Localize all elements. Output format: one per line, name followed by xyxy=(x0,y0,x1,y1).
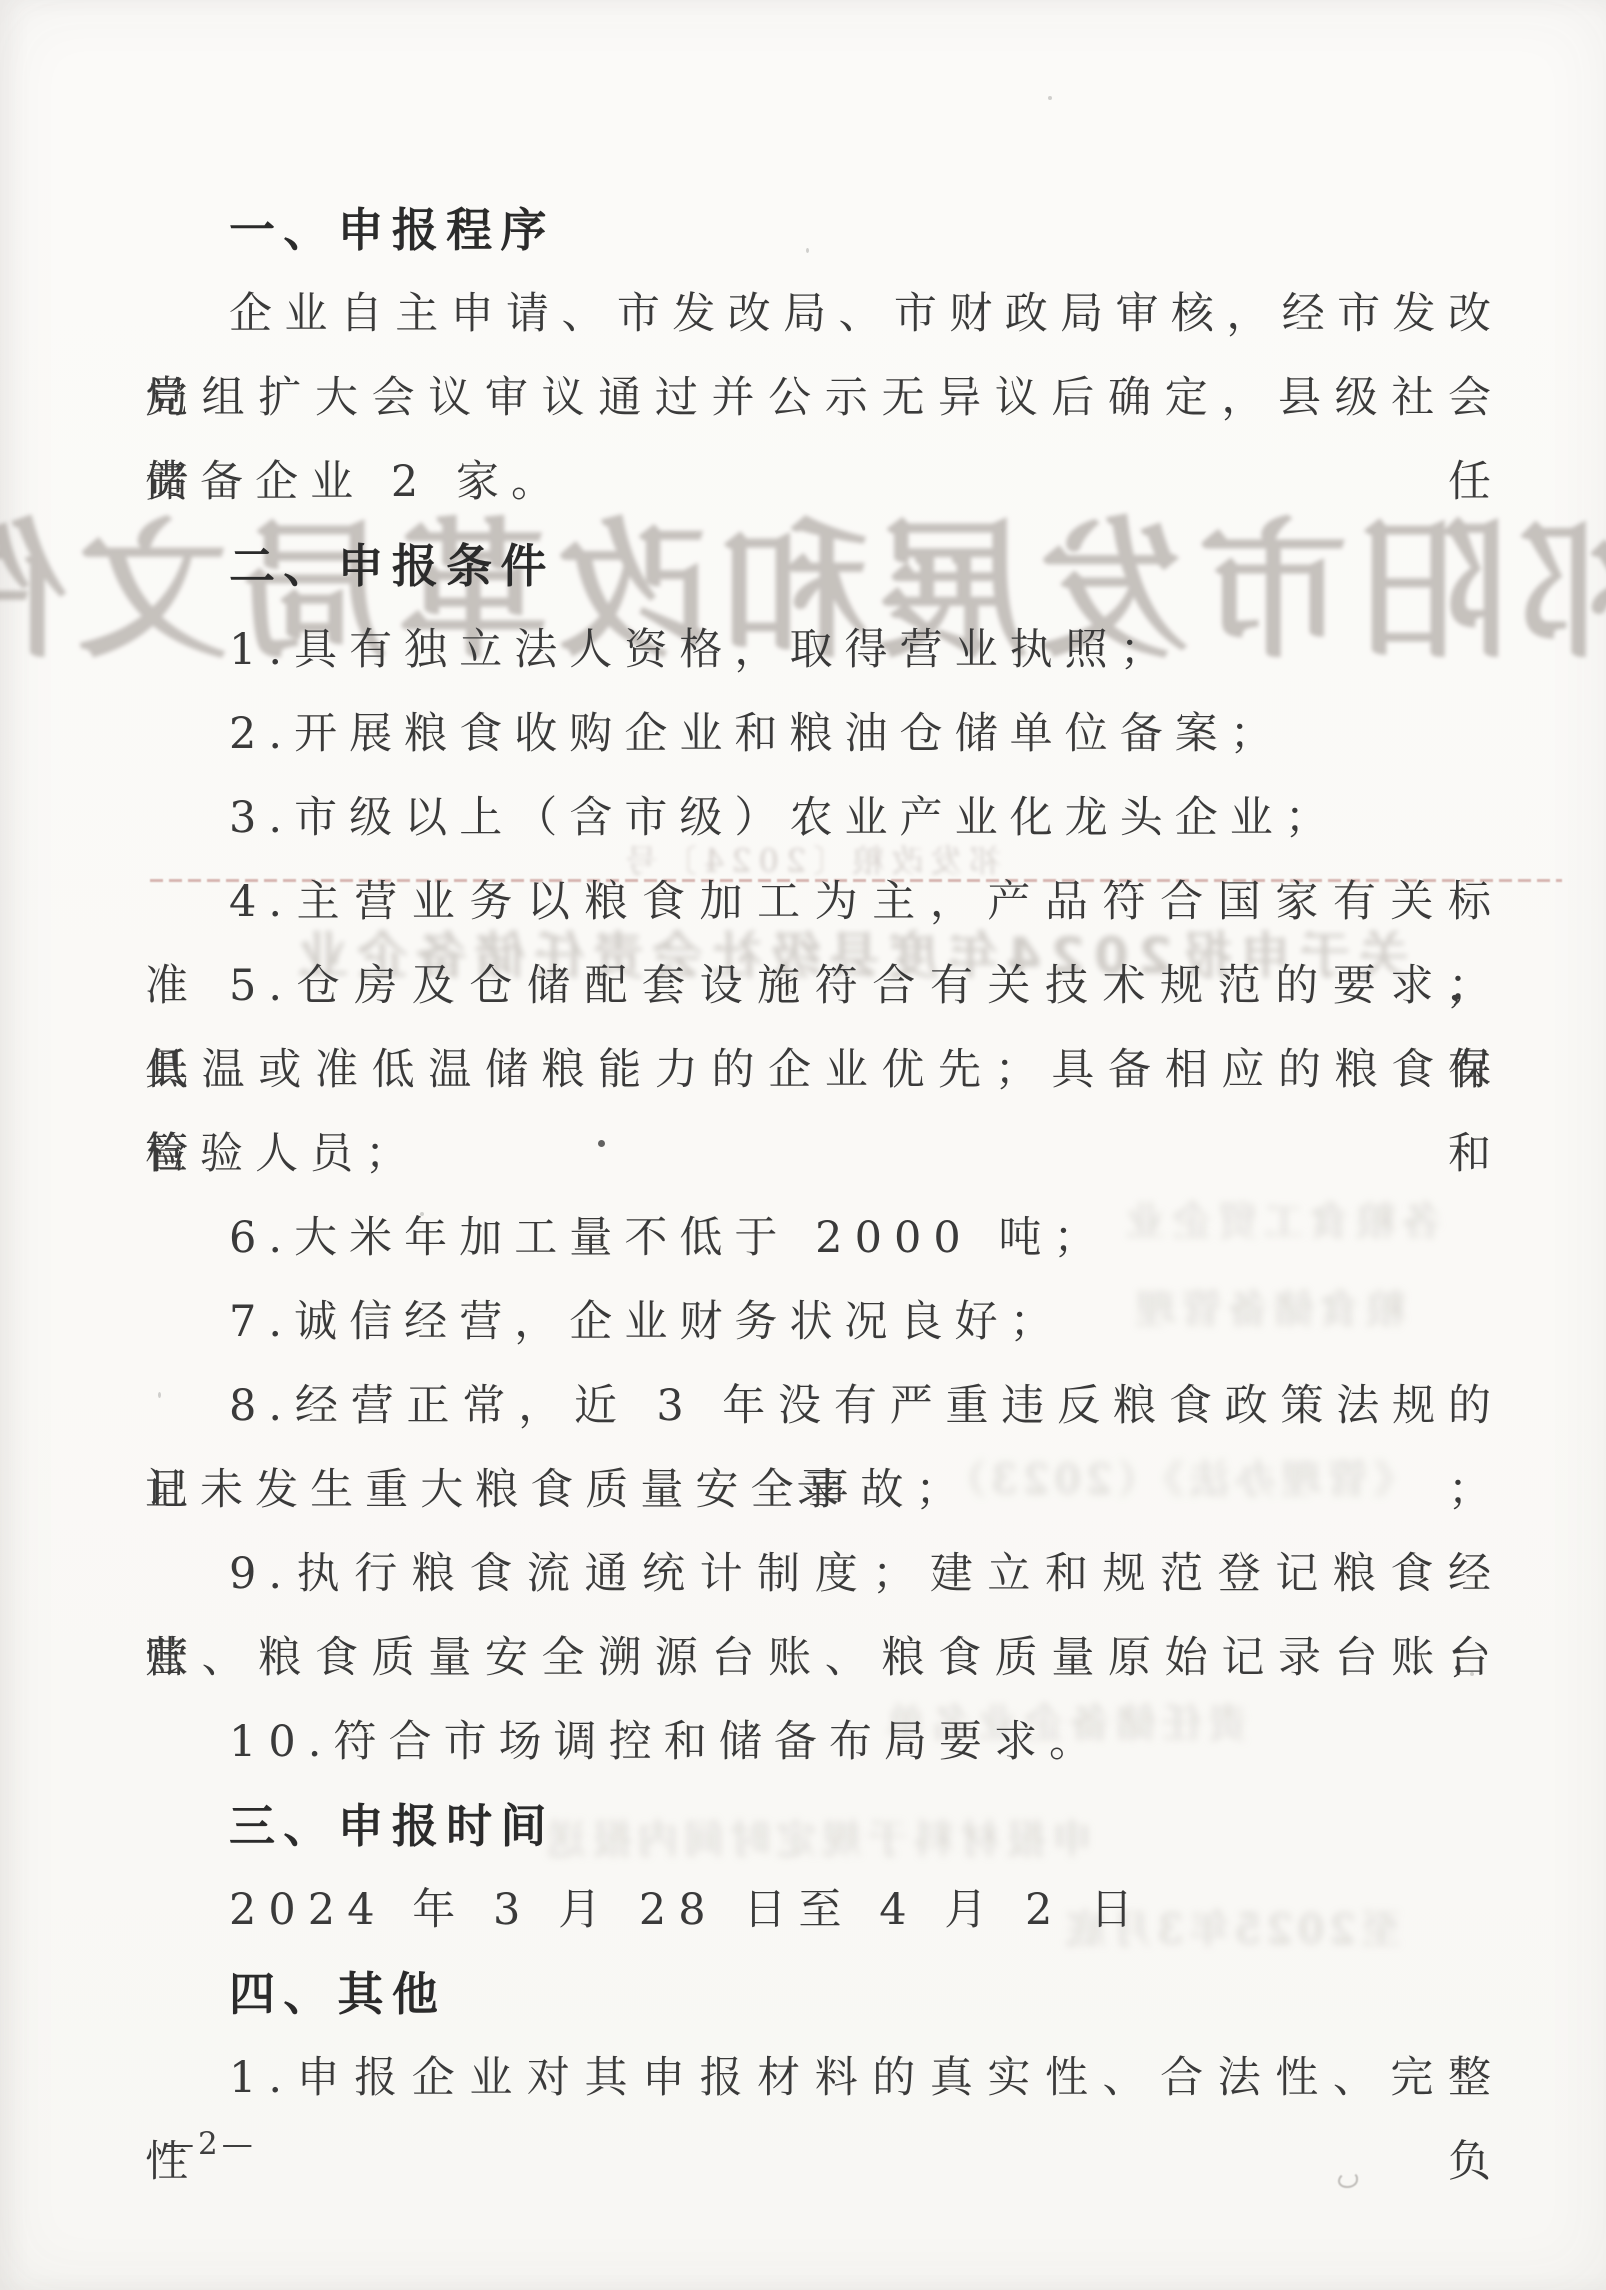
scan-speck xyxy=(1048,96,1052,100)
scan-speck xyxy=(158,1392,161,1398)
scan-speck xyxy=(1470,1672,1474,1676)
scan-artifacts xyxy=(0,0,1606,2290)
scan-pen-mark xyxy=(1338,2172,1358,2188)
scan-speck xyxy=(420,1212,424,1216)
scanned-document-page: 祁阳市发展和改革局文件 祁发改粮〔2024〕号 关于申报2024年度县级社会责任… xyxy=(0,0,1606,2290)
stray-ink-dot xyxy=(598,1140,605,1147)
scan-speck xyxy=(806,248,809,253)
